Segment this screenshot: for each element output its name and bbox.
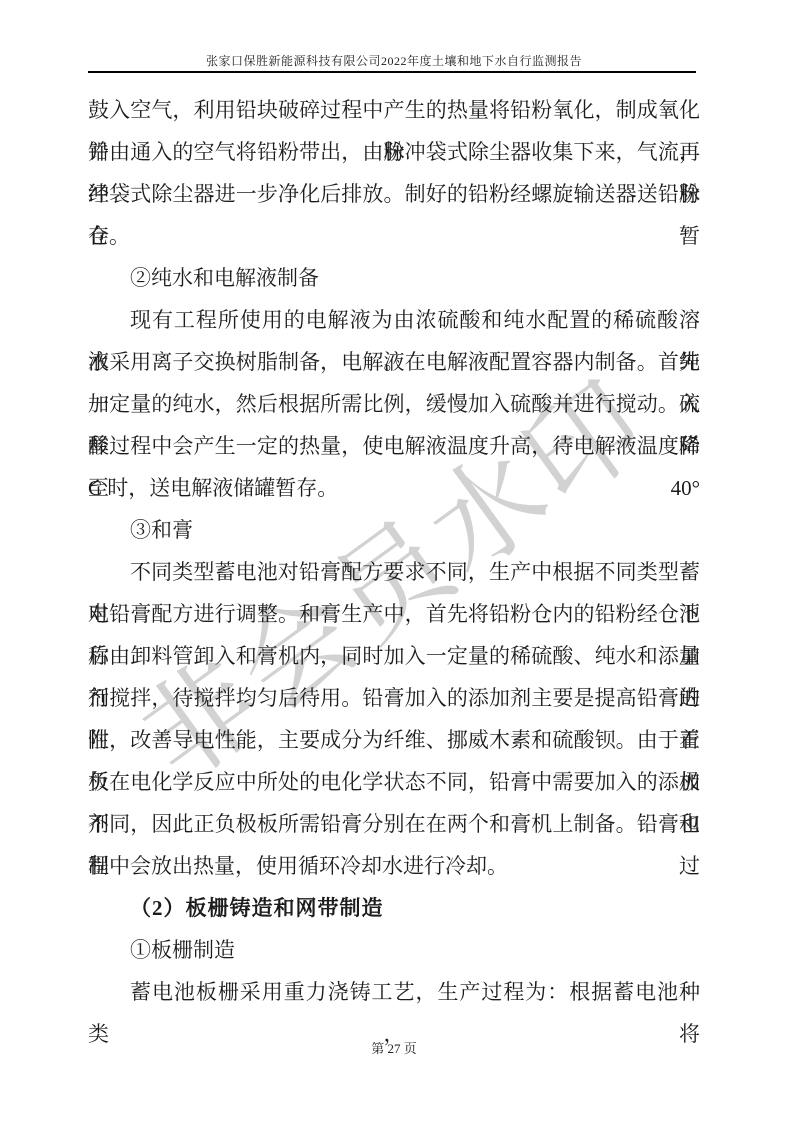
body-line: 板在电化学反应中所处的电化学状态不同，铅膏中需要加入的添加剂也 [88, 761, 700, 803]
body-line: 水采用离子交换树脂制备，电解液在电解液配置容器内制备。首先加入 [88, 341, 700, 383]
body-line: 释过程中会产生一定的热量，使电解液温度升高，待电解液温度降至40° [88, 425, 700, 467]
body-line: 冲袋式除尘器进一步净化后排放。制好的铅粉经螺旋输送器送铅粉仓暂 [88, 173, 700, 215]
body-line: 行搅拌，待搅拌均匀后待用。铅膏加入的添加剂主要是提高铅膏的附着 [88, 677, 700, 719]
body-line: 不同类型蓄电池对铅膏配方要求不同，生产中根据不同类型蓄电池 [88, 551, 700, 593]
body-line: 鼓入空气，利用铅块破碎过程中产生的热量将铅粉氧化，制成氧化铅粉， [88, 89, 700, 131]
circled-item-heading: ①板栅制造 [88, 929, 700, 971]
body-line: 后由卸料管卸入和膏机内，同时加入一定量的稀硫酸、纯水和添加剂进 [88, 635, 700, 677]
circled-item-heading: ③和膏 [88, 509, 700, 551]
header-divider-line [88, 71, 696, 73]
body-line: 不同，因此正负极板所需铅膏分别在在两个和膏机上制备。铅膏和制过 [88, 803, 700, 845]
body-line: 并由通入的空气将铅粉带出，由脉冲袋式除尘器收集下来，气流再经脉 [88, 131, 700, 173]
body-line: 对铅膏配方进行调整。和膏生产中，首先将铅粉仓内的铅粉经仓下称量 [88, 593, 700, 635]
body-line: 一定量的纯水，然后根据所需比例，缓慢加入硫酸并进行搅动。硫酸稀 [88, 383, 700, 425]
document-page: 张家口保胜新能源科技有限公司2022年度土壤和地下水自行监测报告 非会员水印 鼓… [0, 0, 794, 1123]
section-heading: （2）板栅铸造和网带制造 [88, 887, 700, 929]
page-number-footer: 第 27 页 [88, 1038, 700, 1057]
page-header-title: 张家口保胜新能源科技有限公司2022年度土壤和地下水自行监测报告 [88, 52, 700, 69]
body-line: 现有工程所使用的电解液为由浓硫酸和纯水配置的稀硫酸溶液。纯 [88, 299, 700, 341]
document-body: 鼓入空气，利用铅块破碎过程中产生的热量将铅粉氧化，制成氧化铅粉， 并由通入的空气… [88, 89, 700, 1013]
body-line: 性，改善导电性能，主要成分为纤维、挪威木素和硫酸钡。由于正负极 [88, 719, 700, 761]
body-line: 蓄电池板栅采用重力浇铸工艺，生产过程为：根据蓄电池种类，将 [88, 971, 700, 1013]
circled-item-heading: ②纯水和电解液制备 [88, 257, 700, 299]
